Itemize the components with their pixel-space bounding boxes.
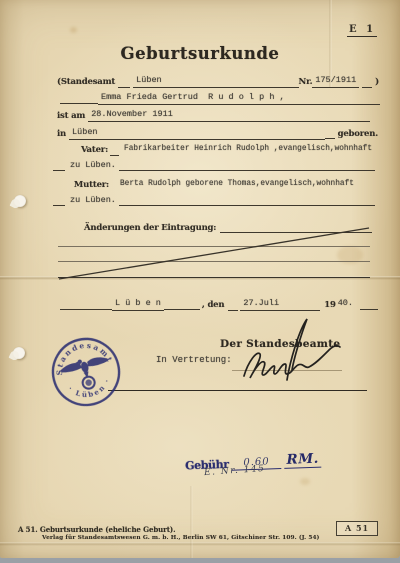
den-label: , den [202, 300, 224, 311]
rule-dash [53, 204, 65, 206]
document-title: Geburtsurkunde [0, 44, 400, 63]
ist-am-label: ist am [57, 111, 85, 122]
father-value-2: zu Lüben. [67, 160, 119, 172]
year-printed: 19 [324, 300, 335, 311]
issue-date-entry: 27.Juli [240, 298, 320, 311]
mother-value-2: zu Lüben. [67, 195, 119, 207]
mother-row-2: zu Lüben. [53, 194, 375, 207]
nr-value: 175/1911 [312, 75, 359, 87]
mother-value: Berta Rudolph geborene Thomas,evangelisc… [117, 179, 357, 191]
rule-dash [110, 154, 119, 156]
issue-date-value: 27.Juli [240, 298, 282, 310]
rule-dash [60, 308, 112, 310]
year-typed: 40. [337, 298, 354, 309]
child-name-value: Emma Frieda Gertrud R u d o l p h , [98, 92, 288, 104]
standesamt-label: (Standesamt [57, 77, 115, 88]
hole-punch [13, 347, 25, 359]
hole-punch [14, 195, 26, 207]
issue-place-value: L ü b e n [112, 298, 164, 310]
birth-place-row: in Lüben geboren. [57, 127, 378, 140]
document-page: E 1 Geburtsurkunde (Standesamt Lüben Nr.… [0, 0, 400, 558]
footer-imprint: A 51. Geburtsurkunde (eheliche Geburt). … [18, 525, 319, 541]
fold-crease [190, 486, 193, 558]
issue-place-entry: L ü b e n [112, 298, 164, 311]
nr-entry: 175/1911 [312, 75, 359, 88]
fee-currency: RM. [284, 451, 321, 469]
father-row-2: zu Lüben. [53, 159, 375, 172]
age-spot [70, 27, 77, 33]
name-entry: Emma Frieda Gertrud R u d o l p h , [98, 92, 380, 105]
geboren-label: geboren. [338, 129, 378, 140]
child-name-row: Emma Frieda Gertrud R u d o l p h , [60, 92, 380, 105]
rule-dash [60, 102, 98, 104]
rule-dash [53, 169, 65, 171]
registry-office-row: (Standesamt Lüben Nr. 175/1911 ) [57, 75, 379, 88]
standesamt-value: Lüben [133, 75, 165, 87]
mother-label: Mutter: [57, 180, 109, 191]
standesamt-entry: Lüben [133, 75, 298, 88]
mother-row: Mutter: Berta Rudolph geborene Thomas,ev… [57, 178, 375, 191]
in-vertretung-label: In Vertretung: [156, 355, 232, 365]
rule-dash [228, 309, 238, 311]
father-value: Fabrikarbeiter Heinrich Rudolph ,evangel… [121, 144, 375, 156]
rule-line [119, 204, 375, 206]
birth-place-value: Lüben [69, 127, 101, 139]
footer-line1: A 51. Geburtsurkunde (eheliche Geburt). [18, 525, 319, 534]
strikethrough-line [55, 224, 373, 282]
fold-crease [0, 542, 400, 546]
birth-date-row: ist am 28.November 1911 [57, 109, 370, 122]
age-spot [300, 478, 310, 485]
official-seal-stamp: Standesamt · Lüben · [41, 327, 131, 417]
close-paren: ) [375, 77, 379, 88]
footer-line2: Verlag für Standesamtswesen G. m. b. H.,… [42, 535, 319, 541]
father-label: Vater: [57, 145, 108, 156]
rule-dash [362, 86, 372, 88]
form-code: E 1 [347, 24, 377, 37]
signature [230, 317, 350, 389]
rule-dash [360, 308, 378, 310]
birth-place-entry: Lüben [69, 127, 325, 140]
rule-dash [118, 86, 130, 88]
rule-line [108, 390, 367, 391]
rule-line [119, 169, 375, 171]
form-code-box: A 51 [336, 521, 378, 536]
rule-dash [164, 308, 200, 310]
rule-dash [325, 137, 335, 139]
birth-date-value: 28.November 1911 [88, 109, 176, 121]
father-row: Vater: Fabrikarbeiter Heinrich Rudolph ,… [57, 143, 375, 156]
nr-label: Nr. [299, 77, 313, 88]
in-label: in [57, 129, 66, 140]
issue-row: L ü b e n , den 27.Juli 19 40. [60, 298, 378, 311]
birth-date-entry: 28.November 1911 [88, 109, 370, 122]
